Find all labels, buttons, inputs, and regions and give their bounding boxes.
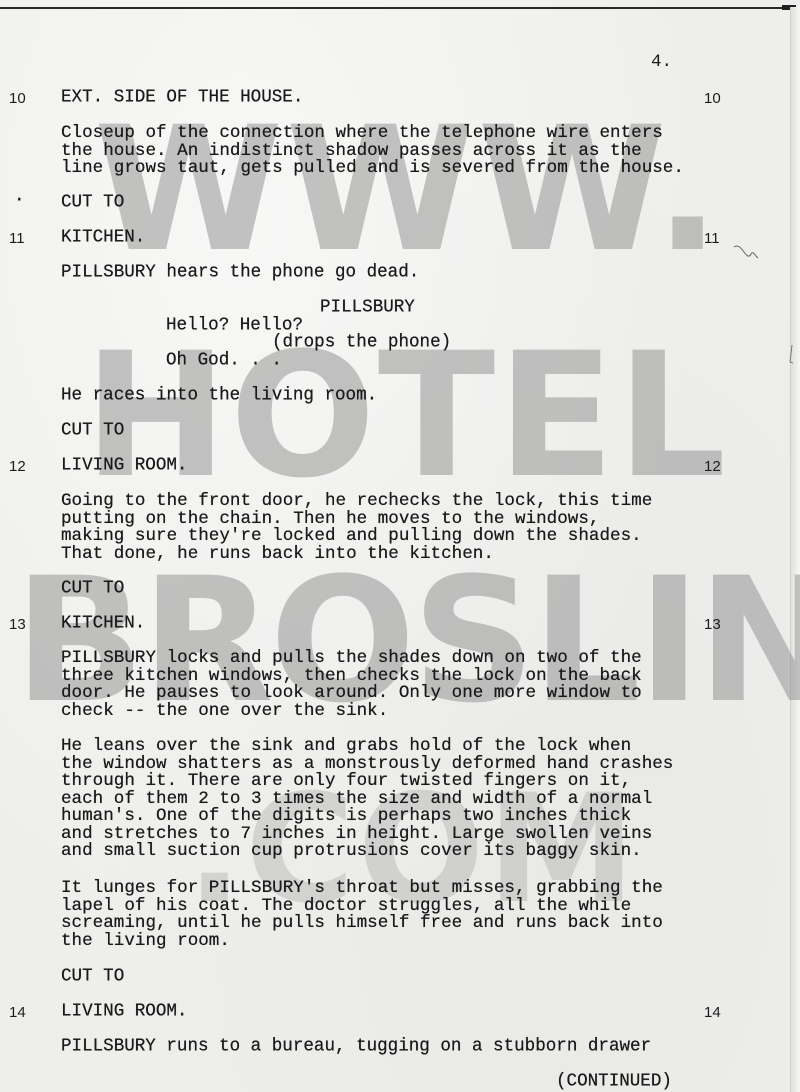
action-line: check -- the one over the sink. bbox=[61, 703, 642, 721]
character-name: PILLSBURY bbox=[320, 299, 415, 317]
script-page: WWW. HOTEL BROSLIN .COM 4. 10 EXT. SIDE … bbox=[0, 0, 800, 1092]
action-line: human's. One of the digits is perhaps tw… bbox=[61, 808, 673, 826]
scene-number-right: 14 bbox=[704, 1004, 721, 1021]
scene-number-right: 10 bbox=[704, 90, 721, 107]
continued-marker: (CONTINUED) bbox=[556, 1073, 672, 1091]
scene-heading: LIVING ROOM. bbox=[61, 1003, 187, 1021]
action-line: Closeup of the connection where the tele… bbox=[61, 125, 684, 143]
transition: CUT TO bbox=[61, 968, 124, 986]
action-line: screaming, until he pulls himself free a… bbox=[61, 915, 663, 933]
transition: CUT TO bbox=[61, 194, 124, 212]
scene-heading: EXT. SIDE OF THE HOUSE. bbox=[61, 89, 303, 107]
action-paragraph: Closeup of the connection where the tele… bbox=[61, 125, 684, 178]
action-line: It lunges for PILLSBURY's throat but mis… bbox=[61, 880, 663, 898]
action-paragraph: It lunges for PILLSBURY's throat but mis… bbox=[61, 880, 663, 950]
scene-number-right: 13 bbox=[704, 616, 721, 633]
scene-heading: KITCHEN. bbox=[61, 229, 145, 247]
action-line: PILLSBURY runs to a bureau, tugging on a… bbox=[61, 1038, 651, 1056]
page-right-edge bbox=[790, 7, 800, 1092]
action-line: making sure they're locked and pulling d… bbox=[61, 528, 652, 546]
scene-number-right: 11 bbox=[704, 230, 720, 247]
action-line: He leans over the sink and grabs hold of… bbox=[61, 738, 673, 756]
action-line: door. He pauses to look around. Only one… bbox=[61, 685, 642, 703]
action-line: PILLSBURY hears the phone go dead. bbox=[61, 264, 419, 282]
action-line: He races into the living room. bbox=[61, 387, 377, 405]
transition: CUT TO bbox=[61, 580, 124, 598]
transition: CUT TO bbox=[61, 422, 124, 440]
action-paragraph: He leans over the sink and grabs hold of… bbox=[61, 738, 673, 861]
stray-dot: · bbox=[14, 192, 25, 210]
action-line: the living room. bbox=[61, 933, 663, 951]
margin-mark-icon bbox=[788, 344, 794, 364]
action-line: That done, he runs back into the kitchen… bbox=[61, 546, 652, 564]
action-line: and small suction cup protrusions cover … bbox=[61, 843, 673, 861]
action-line: Going to the front door, he rechecks the… bbox=[61, 493, 652, 511]
scene-number-left: 14 bbox=[9, 1004, 26, 1021]
action-line: PILLSBURY locks and pulls the shades dow… bbox=[61, 650, 642, 668]
parenthetical: (drops the phone) bbox=[272, 334, 451, 352]
page-number: 4. bbox=[651, 52, 672, 72]
scene-number-left: 11 bbox=[9, 230, 25, 247]
scene-number-left: 10 bbox=[9, 90, 26, 107]
page-top-edge bbox=[0, 7, 792, 9]
action-line: through it. There are only four twisted … bbox=[61, 773, 673, 791]
scene-number-left: 12 bbox=[9, 458, 26, 475]
scene-number-left: 13 bbox=[9, 616, 26, 633]
pen-mark-icon bbox=[733, 244, 759, 260]
action-line: line grows taut, gets pulled and is seve… bbox=[61, 160, 684, 178]
action-paragraph: Going to the front door, he rechecks the… bbox=[61, 493, 652, 563]
scene-heading: KITCHEN. bbox=[61, 615, 145, 633]
watermark-line-2: HOTEL bbox=[6, 330, 800, 502]
scene-heading: LIVING ROOM. bbox=[61, 457, 187, 475]
action-paragraph: PILLSBURY locks and pulls the shades dow… bbox=[61, 650, 642, 720]
dialogue-line: Oh God. . . bbox=[166, 352, 282, 370]
scene-number-right: 12 bbox=[704, 458, 721, 475]
